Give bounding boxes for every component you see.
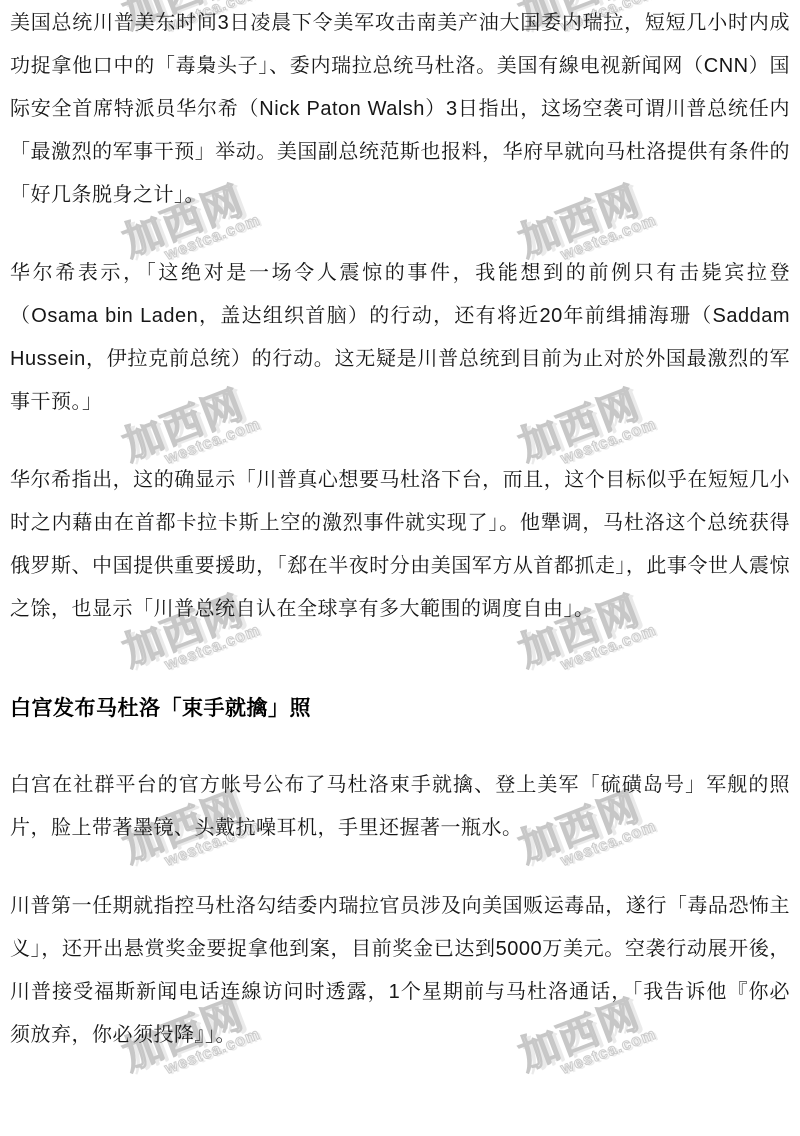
article-paragraph-5: 川普第一任期就指控马杜洛勾结委内瑞拉官员涉及向美国贩运毒品，遂行「毒品恐怖主义」… bbox=[10, 885, 790, 1057]
article-paragraph-1: 美国总统川普美东时间3日凌晨下令美军攻击南美产油大国委内瑞拉，短短几小时内成功捉… bbox=[10, 2, 790, 217]
article-paragraph-4: 白宫在社群平台的官方帐号公布了马杜洛束手就擒、登上美军「硫磺岛号」军舰的照片，脸… bbox=[10, 764, 790, 850]
article-paragraph-2: 华尔希表示，「这绝对是一场令人震惊的事件，我能想到的前例只有击毙宾拉登（Osam… bbox=[10, 252, 790, 424]
section-heading: 白宫发布马杜洛「束手就擒」照 bbox=[10, 694, 790, 724]
article-paragraph-3: 华尔希指出，这的确显示「川普真心想要马杜洛下台，而且，这个目标似乎在短短几小时之… bbox=[10, 459, 790, 631]
article-page: 加西网 westca.com 加西网 westca.com 加西网 westca… bbox=[0, 0, 800, 1136]
article-content: 美国总统川普美东时间3日凌晨下令美军攻击南美产油大国委内瑞拉，短短几小时内成功捉… bbox=[0, 0, 800, 1057]
